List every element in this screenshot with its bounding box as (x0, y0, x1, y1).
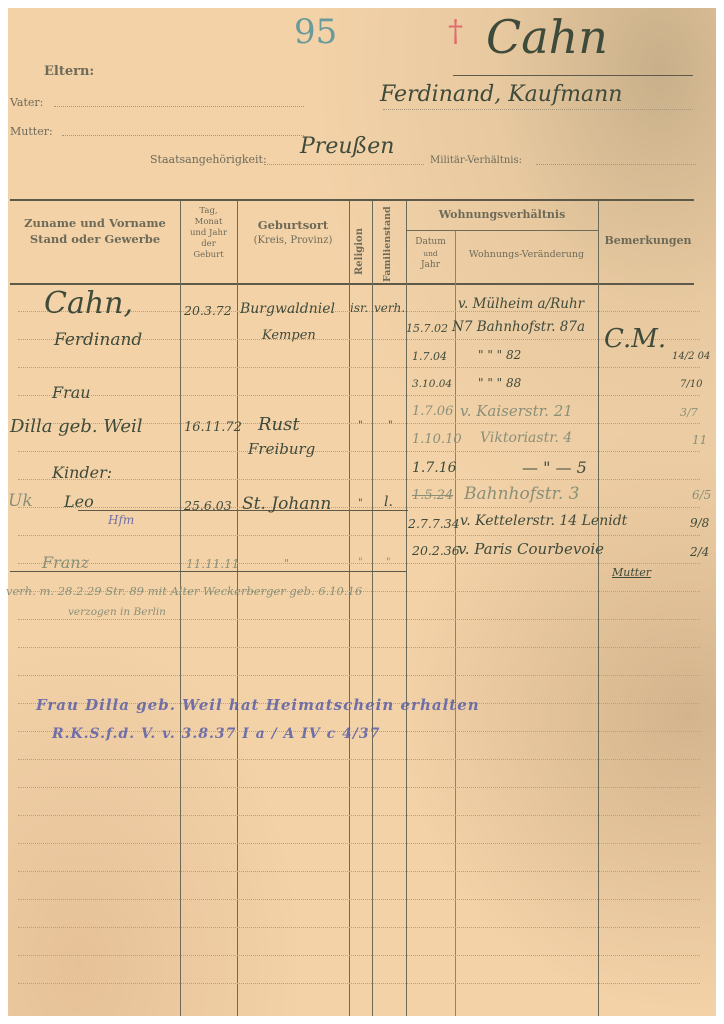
row-rule (18, 535, 700, 536)
entry-4-birthplace: " (284, 557, 289, 570)
staatsangehoerigkeit-field (264, 164, 424, 165)
margin-note: Uk (8, 491, 33, 511)
entry-2-birthplace: Rust (258, 414, 300, 435)
residence-4-remark: 3/7 (680, 406, 698, 419)
header-birthdate-l1: Tag, (180, 206, 237, 217)
row-rule (18, 955, 700, 956)
header-datum-l1: Datum (406, 236, 455, 249)
header-bemerkungen: Bemerkungen (598, 234, 698, 249)
entry-1-birthdate: 20.3.72 (184, 303, 232, 318)
entry-3-family-status: l. (384, 494, 393, 510)
mutter-label: Mutter: (10, 125, 53, 138)
residence-3-date: 3.10.04 (412, 378, 452, 390)
corner-number: 95 (294, 12, 337, 52)
side-note-leo: Hfm (108, 513, 134, 527)
header-birthplace-l2: (Kreis, Provinz) (237, 234, 349, 248)
row-rule (18, 619, 700, 620)
row-rule (18, 787, 700, 788)
residence-5-date: 1.10.10 (412, 432, 462, 447)
residence-4-date: 1.7.06 (412, 404, 453, 419)
residence-9-remark: 2/4 (690, 545, 709, 559)
residence-7-date: 1.5.24 (412, 488, 453, 503)
row-rule (18, 451, 700, 452)
row-rule (18, 871, 700, 872)
header-birthdate-l5: Geburt (180, 250, 237, 261)
staatsangehoerigkeit-label: Staatsangehörigkeit: (150, 153, 267, 166)
residence-7-remark: 6/5 (692, 488, 711, 502)
residence-10-change: Mutter (612, 566, 651, 579)
residence-4-change: v. Kaiserstr. 21 (460, 402, 573, 420)
surname-header: Cahn (486, 10, 608, 64)
entry-4-family-status: " (386, 557, 391, 568)
col-divider-3 (349, 201, 350, 1016)
row-rule (18, 675, 700, 676)
entry-1-name2: Ferdinand (54, 330, 142, 350)
entry-2-birthplace2: Freiburg (248, 440, 315, 458)
table-top-rule (10, 199, 694, 201)
row-rule (18, 815, 700, 816)
header-birthdate: Tag, Monat und Jahr der Geburt (180, 206, 237, 261)
entry-1-religion: isr. (350, 301, 368, 315)
red-cross-mark: † (448, 14, 463, 49)
col-divider-2 (237, 201, 238, 1016)
registration-card: 95 † Cahn Ferdinand, Kaufmann Eltern: Va… (8, 8, 716, 1016)
militaer-label: Militär-Verhältnis: (430, 155, 522, 166)
staatsangehoerigkeit-value: Preußen (300, 134, 394, 159)
header-name: Zuname und Vorname Stand oder Gewerbe (10, 216, 180, 247)
residence-0-change: v. Mülheim a/Ruhr (458, 296, 584, 312)
residence-2-remark: 14/2 04 (672, 351, 710, 362)
residence-3-change: " " " 88 (478, 376, 521, 390)
col-divider-1 (180, 201, 181, 1016)
residence-8-change: v. Kettelerstr. 14 Lenidt (460, 513, 627, 529)
header-wohnung-change: Wohnungs-Veränderung (455, 249, 598, 262)
residence-6-change: — " — 5 (522, 458, 587, 477)
entry-2-family-status: " (388, 420, 393, 431)
col-divider-4 (372, 201, 373, 1016)
entry-3-religion: " (358, 498, 363, 509)
row-rule (18, 647, 700, 648)
row-rule (18, 927, 700, 928)
col-divider-7 (598, 201, 599, 1016)
residence-7-change: Bahnhofstr. 3 (464, 484, 579, 504)
footer-note-line1: verh. m. 28.2.29 Str. 89 mit Alter Wecke… (6, 584, 362, 598)
residence-1-change: N7 Bahnhofstr. 87a (452, 319, 585, 335)
table-header-rule (10, 283, 694, 285)
surname-underline (453, 75, 693, 76)
header-datum-l2: und (406, 249, 455, 260)
row-rule (18, 899, 700, 900)
militaer-field (536, 164, 696, 165)
entry-4-name: Franz (42, 553, 89, 572)
residence-5-change: Viktoriastr. 4 (480, 430, 572, 446)
header-birthdate-l2: Monat (180, 217, 237, 228)
eltern-label: Eltern: (44, 64, 94, 79)
header-birthdate-l3: und Jahr (180, 228, 237, 239)
header-birthplace: Geburtsort (Kreis, Provinz) (237, 218, 349, 247)
given-name-occupation: Ferdinand, Kaufmann (380, 82, 622, 107)
entry-4-religion: " (358, 557, 363, 568)
entry-2-name2: Dilla geb. Weil (10, 416, 143, 437)
entry-1-birthplace: Burgwaldniel (240, 301, 335, 317)
footer-note-line2: verzogen in Berlin (68, 606, 166, 618)
row-rule (18, 395, 700, 396)
annotation-line1: Frau Dilla geb. Weil hat Heimatschein er… (36, 696, 480, 714)
residence-2-date: 1.7.04 (412, 350, 447, 363)
vater-label: Vater: (10, 96, 43, 109)
residence-1-remark: C.M. (604, 324, 666, 354)
entry-3-name2: Leo (64, 492, 94, 511)
header-wohnung: Wohnungsverhältnis (406, 208, 598, 223)
row-rule (18, 983, 700, 984)
header-familienstand: Familienstand (382, 204, 393, 282)
header-birthdate-l4: der (180, 239, 237, 250)
header-birthplace-l1: Geburtsort (237, 218, 349, 234)
header-datum: Datum und Jahr (406, 236, 455, 272)
entry-2-name: Frau (52, 383, 91, 402)
residence-3-remark: 7/10 (680, 379, 702, 390)
row-rule (18, 759, 700, 760)
row-rule (18, 367, 700, 368)
residence-5-remark: 11 (692, 433, 707, 447)
entry-2-birthdate: 16.11.72 (184, 420, 242, 435)
entry-2-religion: " (358, 420, 363, 431)
vater-field (54, 106, 304, 107)
residence-1-date: 15.7.02 (406, 322, 448, 335)
header-religion: Religion (354, 213, 365, 275)
header-datum-l3: Jahr (406, 259, 455, 272)
row-rule (18, 479, 700, 480)
residence-8-date: 2.7.7.34 (408, 516, 460, 531)
name-line (383, 109, 693, 110)
header-name-line2: Stand oder Gewerbe (10, 232, 180, 248)
entry-3-birthdate: 25.6.03 (184, 498, 232, 513)
header-name-line1: Zuname und Vorname (10, 216, 180, 232)
residence-8-remark: 9/8 (690, 516, 709, 530)
entry-4-birthdate: 11.11.11 (186, 557, 239, 571)
wohnung-subheader-rule (406, 230, 598, 231)
annotation-line2: R.K.S.f.d. V. v. 3.8.37 I a / A IV c 4/3… (52, 726, 380, 742)
entry-3-name: Kinder: (52, 463, 112, 482)
residence-2-change: " " " 82 (478, 348, 521, 362)
mutter-field (62, 135, 304, 136)
entry-1-name: Cahn, (44, 286, 133, 321)
entry-1-family-status: verh. (374, 301, 405, 315)
row-rule (18, 843, 700, 844)
entry-1-birthplace2: Kempen (262, 328, 316, 343)
residence-9-date: 20.2.36 (412, 543, 460, 558)
entry-3-birthplace: St. Johann (242, 494, 331, 514)
residence-9-change: v. Paris Courbevoie (458, 540, 604, 558)
residence-6-date: 1.7.16 (412, 460, 457, 476)
